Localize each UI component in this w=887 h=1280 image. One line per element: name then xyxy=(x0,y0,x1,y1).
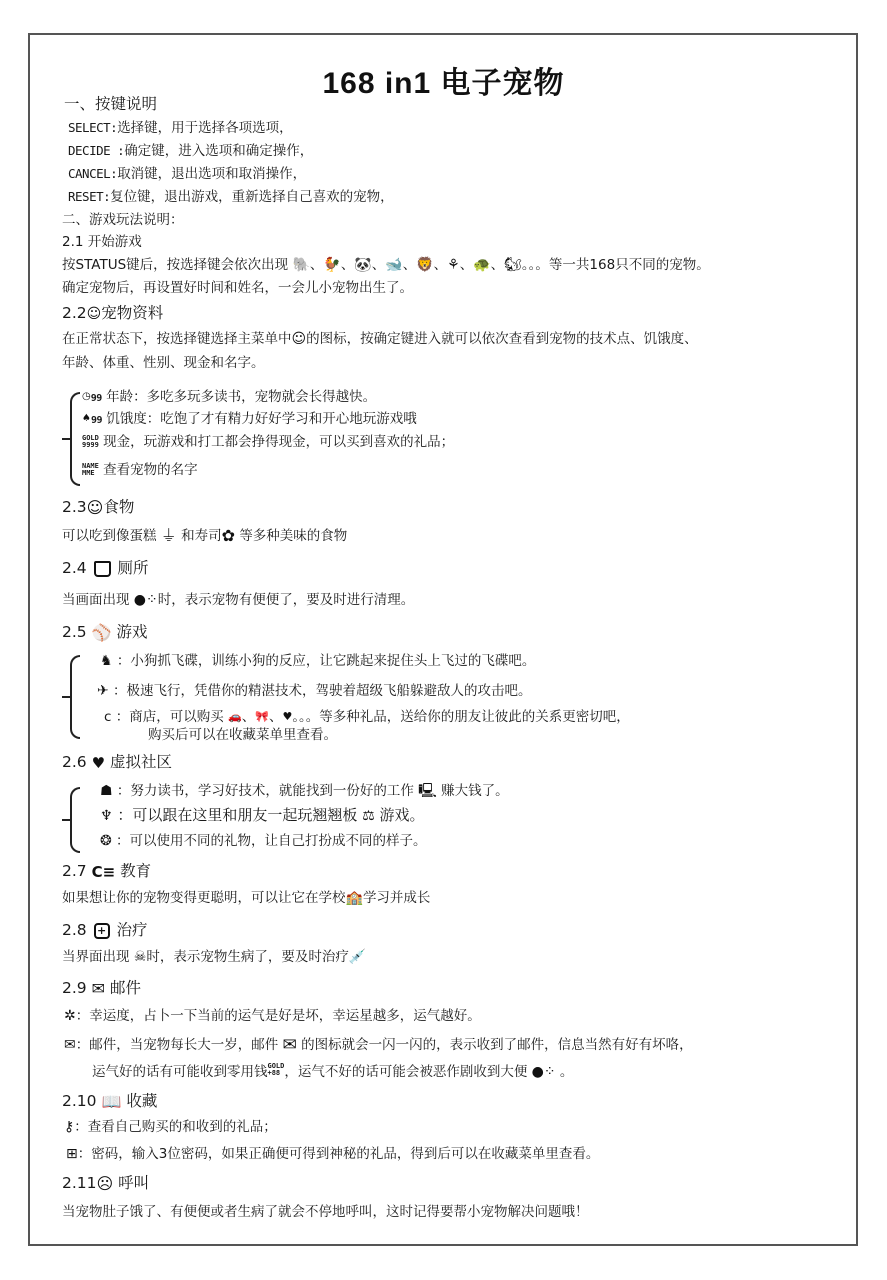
status-item-age: ◷99 年龄：多吃多玩多读书，宠物就会长得越快。 xyxy=(82,388,376,408)
pet-face-icon: ☺ xyxy=(292,332,307,346)
calling-face-icon: ☹ xyxy=(97,1177,114,1191)
sep: ： xyxy=(117,653,131,669)
heading-text: 邮件 xyxy=(110,979,141,997)
s27-line: 如果想让你的宠物变得更聪明，可以让它在学校🏫学习并成长 xyxy=(62,889,430,907)
section-number: 2.3 xyxy=(62,498,87,516)
gold-counter-icon: GOLD9999 xyxy=(82,435,99,449)
text: 运气好的话有可能收到零用钱 xyxy=(92,1064,268,1080)
dressup-icon[interactable]: ❂ xyxy=(100,834,112,848)
heading-text: 虚拟社区 xyxy=(110,753,172,771)
key-sep: : xyxy=(110,143,124,158)
sick-pet-icon: ☠ xyxy=(134,950,147,964)
text: 密码，输入3位密码，如果正确便可得到神秘的礼品，得到后可以在收藏菜单里查看。 xyxy=(91,1146,599,1162)
medical-kit-icon: + xyxy=(94,923,110,939)
sep: ： xyxy=(117,783,131,799)
text: 可以吃到像蛋糕 xyxy=(62,528,157,544)
s21-line2: 确定宠物后，再设置好时间和姓名，一会儿小宠物出生了。 xyxy=(62,279,413,297)
text: 学习并成长 xyxy=(363,890,431,906)
s23-line: 可以吃到像蛋糕 ⏚ 和寿司✿ 等多种美味的食物 xyxy=(62,527,347,545)
mail-envelope-large-icon: ✉ xyxy=(283,1038,297,1052)
s22-line2: 年龄、体重、性别、现金和名字。 xyxy=(62,354,265,372)
text: 可以使用不同的礼物，让自己打扮成不同的样子。 xyxy=(130,833,427,849)
text: 邮件，当宠物每长大一岁，邮件 xyxy=(89,1037,278,1053)
sep: ： xyxy=(116,709,130,725)
text: 赚大钱了。 xyxy=(441,783,509,799)
section-number: 2.4 xyxy=(62,559,87,577)
name-display-icon: NAMEMME xyxy=(82,463,99,477)
mail-item-mail-line2: 运气好的话有可能收到零用钱GOLD+88，运气不好的话可能会被恶作剧收到大便 ●… xyxy=(92,1063,573,1081)
spaceship-game-icon[interactable]: ✈ xyxy=(97,684,109,698)
pet-rooster-icon: 🐓 xyxy=(323,258,340,272)
key-name: SELECT xyxy=(68,120,110,135)
education-megaphone-icon: C≡ xyxy=(92,865,116,879)
section-number: 2.9 xyxy=(62,979,87,997)
heart-signal-icon: ♥ xyxy=(92,756,105,770)
heading-text: 食物 xyxy=(103,498,134,516)
heading-text: 呼叫 xyxy=(118,1174,149,1192)
brace xyxy=(70,392,80,486)
key-desc: 取消键，退出选项和取消操作， xyxy=(117,166,306,182)
key-icon[interactable]: ⚷ xyxy=(64,1120,74,1134)
text: 小狗抓飞碟，训练小狗的反应，让它跳起来捉住头上飞过的飞碟吧。 xyxy=(130,653,535,669)
lucky-star-icon[interactable]: ✲ xyxy=(64,1009,76,1023)
subsection-heading-2-11: 2.11☹ 呼叫 xyxy=(62,1174,149,1192)
icon-label: 99 xyxy=(91,393,102,404)
gold-bonus-icon: GOLD+88 xyxy=(268,1063,285,1077)
school-icon: 🏫 xyxy=(346,891,363,905)
text: 幸运度，占卜一下当前的运气是好是坏，幸运星越多，运气越好。 xyxy=(89,1008,481,1024)
key-name: RESET xyxy=(68,189,103,204)
pet-elephant-icon: 🐘 xyxy=(292,258,309,272)
mail-item-luck: ✲：幸运度，占卜一下当前的运气是好是坏，幸运星越多，运气越好。 xyxy=(64,1007,481,1025)
status-item-hunger: ♠99 饥饿度：吃饱了才有精力好好学习和开心地玩游戏哦 xyxy=(82,410,417,430)
community-item-work: ☗ ：努力读书，学习好技术，就能找到一份好的工作 🖳 赚大钱了。 xyxy=(100,782,509,800)
s21-line1: 按STATUS键后，按选择键会依次出现 🐘、🐓、🐼、🐋、🦁、⚘、🐢、🐿。。。等一… xyxy=(62,256,710,274)
heading-text: 宠物资料 xyxy=(101,304,163,322)
community-item-dressup: ❂ ：可以使用不同的礼物，让自己打扮成不同的样子。 xyxy=(100,832,427,850)
key-row-reset: RESET:复位键，退出游戏，重新选择自己喜欢的宠物， xyxy=(68,188,394,206)
text: ，运气不好的话可能会被恶作剧收到大便 xyxy=(284,1064,527,1080)
pet-seahorse-icon: ⚘ xyxy=(447,258,460,272)
section-number: 2.10 xyxy=(62,1092,97,1110)
subsection-heading-2-10: 2.10 📖 收藏 xyxy=(62,1092,157,1110)
s28-line: 当界面出现 ☠时，表示宠物生病了，要及时治疗💉 xyxy=(62,948,366,966)
key-name: CANCEL xyxy=(68,166,110,181)
status-item-gold: GOLD9999 现金，玩游戏和打工都会挣得现金，可以买到喜欢的礼品； xyxy=(82,433,454,451)
key-name: DECIDE xyxy=(68,143,110,158)
text: 时，表示宠物生病了，要及时治疗 xyxy=(146,949,349,965)
sep: ： xyxy=(78,1146,92,1162)
subsection-heading-2-2: 2.2☺宠物资料 xyxy=(62,304,163,322)
pet-panda-icon: 🐼 xyxy=(354,258,371,272)
text: 。 xyxy=(560,1064,574,1080)
community-item-seesaw: ♆ ：可以跟在这里和朋友一起玩翘翘板 ⚖ 游戏。 xyxy=(100,806,425,824)
heading-text: 收藏 xyxy=(126,1092,157,1110)
section-number: 2.7 xyxy=(62,862,87,880)
food-icon: ♠ xyxy=(82,412,91,426)
subsection-heading-2-1: 2.1 开始游戏 xyxy=(62,233,142,251)
status-item-name: NAMEMME 查看宠物的名字 xyxy=(82,461,198,479)
heading-text: 教育 xyxy=(120,862,151,880)
section-number: 2.8 xyxy=(62,921,87,939)
key-desc: 选择键，用于选择各项选项， xyxy=(117,120,293,136)
collection-item-password: ⊞：密码，输入3位密码，如果正确便可得到神秘的礼品，得到后可以在收藏菜单里查看。 xyxy=(66,1145,599,1163)
dog-frisbee-game-icon[interactable]: ♞ xyxy=(100,654,113,668)
section-heading-gameplay: 二、游戏玩法说明： xyxy=(62,211,184,229)
text: 如果想让你的宠物变得更聪明，可以让它在学校 xyxy=(62,890,346,906)
shop-icon[interactable]: c xyxy=(104,709,111,725)
toilet-bucket-icon xyxy=(94,561,111,577)
pet-face-icon: ☺ xyxy=(87,307,102,321)
key-row-select: SELECT:选择键，用于选择各项选项， xyxy=(68,119,293,137)
sep: ： xyxy=(113,683,127,699)
poop-icon: ●⁘ xyxy=(532,1065,556,1079)
subsection-heading-2-9: 2.9 ✉ 邮件 xyxy=(62,979,141,997)
text: 和寿司 xyxy=(181,528,222,544)
pet-squirrel-icon: 🐿 xyxy=(504,258,522,272)
text: 可以跟在这里和朋友一起玩翘翘板 xyxy=(132,806,357,824)
section-number: 2.6 xyxy=(62,753,87,771)
subsection-heading-2-7: 2.7 C≡ 教育 xyxy=(62,862,151,880)
subsection-heading-2-4: 2.4 厕所 xyxy=(62,559,149,577)
text: 当界面出现 xyxy=(62,949,130,965)
icon-label: 99 xyxy=(91,415,102,426)
key-row-decide: DECIDE :确定键，进入选项和确定操作， xyxy=(68,142,313,160)
sep: ： xyxy=(74,1119,88,1135)
text: 当画面出现 xyxy=(62,592,130,608)
text: 现金，玩游戏和打工都会挣得现金，可以买到喜欢的礼品； xyxy=(103,434,454,450)
text: 查看宠物的名字 xyxy=(103,462,198,478)
heading-text: 治疗 xyxy=(117,921,148,939)
key-desc: 复位键，退出游戏，重新选择自己喜欢的宠物， xyxy=(110,189,394,205)
section-heading-keys: 一、按键说明 xyxy=(64,95,157,113)
sep: ： xyxy=(117,806,132,824)
brace xyxy=(70,787,80,853)
text: 商店，可以购买 xyxy=(129,709,224,725)
icon-label-bottom: MME xyxy=(82,469,95,477)
section-number: 2.2 xyxy=(62,304,87,322)
text: 游戏。 xyxy=(380,806,425,824)
text: 的图标，按确定键进入就可以依次查看到宠物的技术点、饥饿度、 xyxy=(306,331,698,347)
clock-icon: ◷ xyxy=(82,390,91,404)
text: 极速飞行，凭借你的精湛技术，驾驶着超级飞船躲避敌人的攻击吧。 xyxy=(127,683,532,699)
mail-envelope-icon: ✉ xyxy=(92,982,105,996)
playground-icon[interactable]: ♆ xyxy=(100,809,113,823)
brace xyxy=(70,655,80,739)
pet-lion-icon: 🦁 xyxy=(416,258,433,272)
syringe-icon: 💉 xyxy=(349,950,366,964)
heading-text: 游戏 xyxy=(116,623,147,641)
text: 。。。等多种礼品，送给你的朋友让彼此的关系更密切吧， xyxy=(292,709,630,725)
text: 在正常状态下，按选择键选择主菜单中 xyxy=(62,331,292,347)
sep: ： xyxy=(76,1037,90,1053)
seesaw-icon: ⚖ xyxy=(362,809,375,823)
section-number: 2.5 xyxy=(62,623,87,641)
text: 饥饿度：吃饱了才有精力好好学习和开心地玩游戏哦 xyxy=(106,411,417,427)
game-item-speed-flight: ✈ ：极速飞行，凭借你的精湛技术，驾驶着超级飞船躲避敌人的攻击吧。 xyxy=(97,682,532,700)
key-desc: 确定键，进入选项和确定操作， xyxy=(124,143,313,159)
pet-whale-icon: 🐋 xyxy=(385,258,402,272)
s24-line: 当画面出现 ●⁘时，表示宠物有便便了，要及时进行清理。 xyxy=(62,591,414,609)
password-box-icon[interactable]: ⊞ xyxy=(66,1147,78,1161)
text: 时，表示宠物有便便了，要及时进行清理。 xyxy=(158,592,415,608)
s211-line: 当宠物肚子饿了、有便便或者生病了就会不停地呼叫，这时记得要帮小宠物解决问题哦！ xyxy=(62,1203,589,1221)
sep: ： xyxy=(116,833,130,849)
game-item-shop: c ：商店，可以购买 🚗、🎀、♥。。。等多种礼品，送给你的朋友让彼此的关系更密切… xyxy=(104,708,630,726)
gold-amount: +88 xyxy=(268,1069,281,1077)
subsection-heading-2-3: 2.3☺食物 xyxy=(62,498,134,516)
study-work-icon[interactable]: ☗ xyxy=(100,784,113,798)
collection-book-icon: 📖 xyxy=(101,1095,121,1109)
text: 努力读书，学习好技术，就能找到一份好的工作 xyxy=(130,783,414,799)
game-item-dog-frisbee: ♞ ：小狗抓飞碟，训练小狗的反应，让它跳起来捉住头上飞过的飞碟吧。 xyxy=(100,652,535,670)
subsection-heading-2-5: 2.5 ⚾ 游戏 xyxy=(62,623,147,641)
mail-icon[interactable]: ✉ xyxy=(64,1038,76,1052)
icon-label-bottom: 9999 xyxy=(82,441,99,449)
game-item-shop-line2: 购买后可以在收藏菜单里查看。 xyxy=(148,726,337,744)
subsection-heading-2-6: 2.6 ♥ 虚拟社区 xyxy=(62,753,172,771)
subsection-heading-2-8: 2.8 + 治疗 xyxy=(62,921,148,939)
collection-item-gifts: ⚷：查看自己购买的和收到的礼品； xyxy=(64,1118,277,1136)
gift-heart-icon: ♥ xyxy=(282,710,292,724)
heading-text: 一、按键说明 xyxy=(64,95,157,113)
office-computer-icon: 🖳 xyxy=(418,784,437,798)
gift-bow-icon: 🎀 xyxy=(255,710,269,724)
cake-icon: ⏚ xyxy=(161,529,177,543)
text: 。。。等一共168只不同的宠物。 xyxy=(522,257,710,273)
pet-turtle-icon: 🐢 xyxy=(473,258,490,272)
poop-icon: ●⁘ xyxy=(134,593,158,607)
text: 等多种美味的食物 xyxy=(239,528,347,544)
key-row-cancel: CANCEL:取消键，退出选项和取消操作， xyxy=(68,165,306,183)
mail-item-mail: ✉：邮件，当宠物每长大一岁，邮件 ✉ 的图标就会一闪一闪的，表示收到了邮件，信息… xyxy=(64,1036,693,1054)
sushi-icon: ✿ xyxy=(222,529,235,543)
text: 按STATUS键后，按选择键会依次出现 xyxy=(62,257,288,273)
text: 年龄：多吃多玩多读书，宠物就会长得越快。 xyxy=(106,389,376,405)
text: 的图标就会一闪一闪的，表示收到了邮件，信息当然有好有坏咯， xyxy=(301,1037,693,1053)
game-bat-icon: ⚾ xyxy=(92,626,112,640)
chef-face-icon: ☺ xyxy=(87,501,104,515)
gift-car-icon: 🚗 xyxy=(228,710,242,724)
section-number: 2.11 xyxy=(62,1174,97,1192)
text: 查看自己购买的和收到的礼品； xyxy=(88,1119,277,1135)
sep: ： xyxy=(76,1008,90,1024)
heading-text: 厕所 xyxy=(118,559,149,577)
s22-line1: 在正常状态下，按选择键选择主菜单中☺的图标，按确定键进入就可以依次查看到宠物的技… xyxy=(62,330,698,348)
